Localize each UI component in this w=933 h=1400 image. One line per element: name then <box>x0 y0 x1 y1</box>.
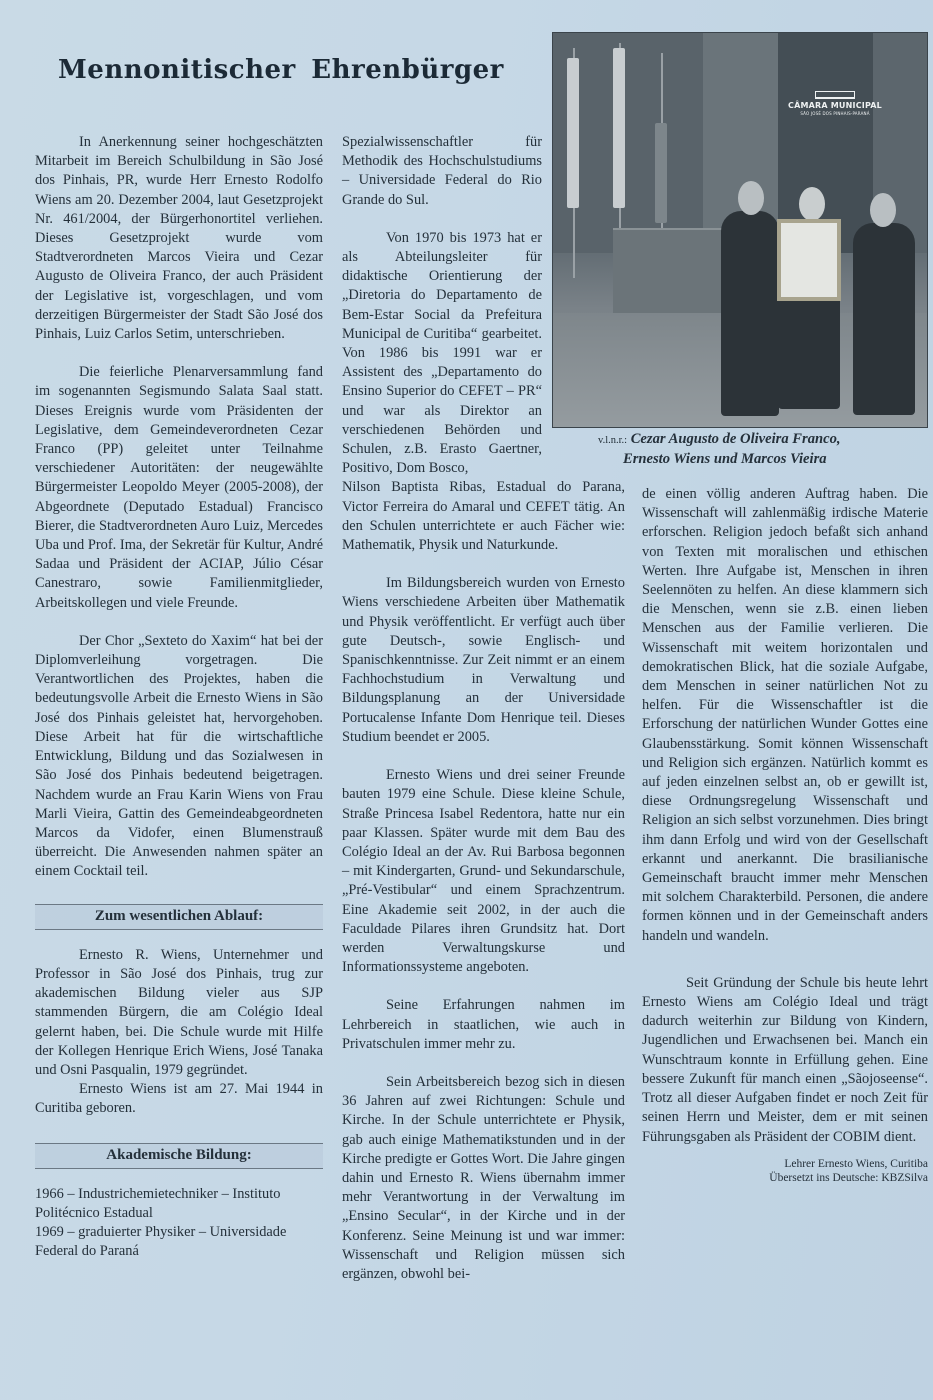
paragraph-career-continued: Nilson Baptista Ribas, Estadual do Paran… <box>342 478 625 555</box>
flag-icon <box>655 123 667 223</box>
flag-icon <box>567 58 579 208</box>
paragraph-birth: Ernesto Wiens ist am 27. Mai 1944 in Cur… <box>35 1080 323 1118</box>
article-title: Mennonitischer Ehrenbürger <box>58 55 504 85</box>
author-signature: Lehrer Ernesto Wiens, Curitiba Übersetzt… <box>642 1157 928 1185</box>
magazine-page: Mennonitischer Ehrenbürger In Anerkennun… <box>0 0 933 1400</box>
crown-logo-icon <box>815 91 855 99</box>
paragraph-work-areas: Sein Arbeitsbereich bezog sich in diesen… <box>342 1073 625 1284</box>
certificate-frame <box>777 219 841 301</box>
person-left <box>721 211 779 416</box>
paragraph-intro: In Anerkennung seiner hochgeschätzten Mi… <box>35 133 323 344</box>
paragraph-science-religion: de einen völlig anderen Auftrag haben. D… <box>642 485 928 946</box>
caption-names-line1: Cezar Augusto de Oliveira Franco, <box>631 431 841 447</box>
paragraph-plenary: Die feierliche Plenarversammlung fand im… <box>35 363 323 613</box>
section-heading-bildung: Akademische Bildung: <box>35 1143 323 1169</box>
camara-municipal-sign: CÂMARA MUNICIPAL SÃO JOSÉ DOS PINHAIS-PA… <box>785 91 885 116</box>
paragraph-publications: Im Bildungsbereich wurden von Ernesto Wi… <box>342 574 625 747</box>
education-item: 1969 – graduierter Physiker – Universida… <box>35 1223 323 1261</box>
translator-line: Übersetzt ins Deutsche: KBZSilva <box>642 1171 928 1185</box>
section-heading-ablauf: Zum wesentlichen Ablauf: <box>35 904 323 930</box>
paragraph-experience: Seine Erfahrungen nahmen im Lehrbereich … <box>342 996 625 1054</box>
caption-names-line2: Ernesto Wiens und Marcos Vieira <box>598 450 928 468</box>
paragraph-school-founding: Ernesto Wiens und drei seiner Freunde ba… <box>342 766 625 977</box>
person-right <box>853 223 915 415</box>
column-right: de einen völlig anderen Auftrag haben. D… <box>642 485 928 1185</box>
column-middle-narrow-section: Spezialwissenschaftler für Methodik des … <box>342 133 542 478</box>
ceremony-photo: CÂMARA MUNICIPAL SÃO JOSÉ DOS PINHAIS-PA… <box>552 32 928 428</box>
education-item: 1966 – Industrichemietechniker – Institu… <box>35 1185 323 1223</box>
flag-icon <box>613 48 625 208</box>
column-left: In Anerkennung seiner hochgeschätzten Mi… <box>35 133 323 1262</box>
caption-prefix: v.l.n.r.: <box>598 435 627 446</box>
paragraph-career: Von 1970 bis 1973 hat er als Abteilungsl… <box>342 229 542 479</box>
paragraph-choir: Der Chor „Sexteto do Xaxim“ hat bei der … <box>35 632 323 882</box>
author-line: Lehrer Ernesto Wiens, Curitiba <box>642 1157 928 1171</box>
paragraph-specialist: Spezialwissenschaftler für Methodik des … <box>342 133 542 210</box>
photo-caption: v.l.n.r.: Cezar Augusto de Oliveira Fran… <box>598 430 928 468</box>
paragraph-conclusion: Seit Gründung der Schule bis heute lehrt… <box>642 974 928 1147</box>
paragraph-ablauf: Ernesto R. Wiens, Unternehmer und Profes… <box>35 946 323 1080</box>
education-list: 1966 – Industrichemietechniker – Institu… <box>35 1185 323 1262</box>
